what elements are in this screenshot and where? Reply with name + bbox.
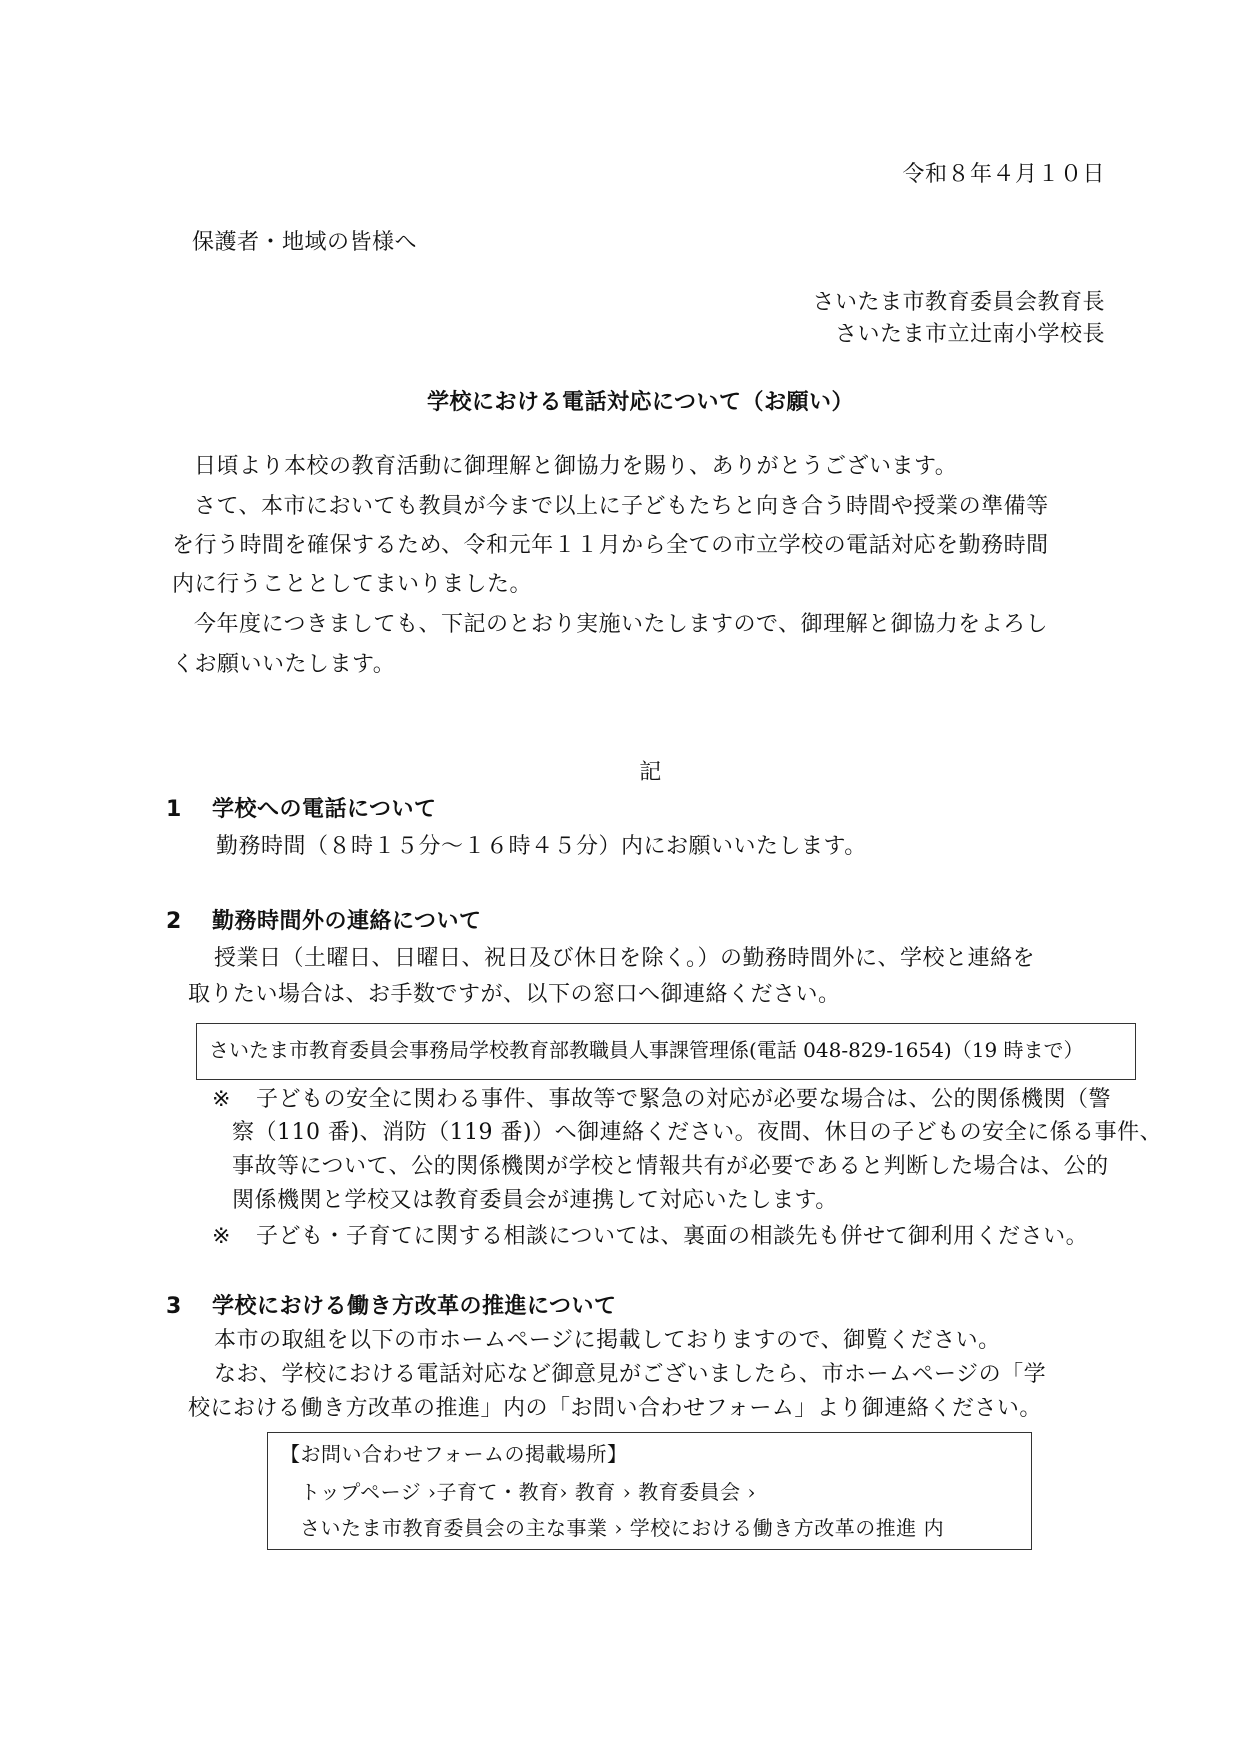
note-1-line-3: 事故等について、公的関係機関が学校と情報共有が必要であると判断した場合は、公的 <box>232 1152 1109 1182</box>
document-title: 学校における電話対応について（お願い） <box>0 388 1241 418</box>
section-3-heading: 3学校における働き方改革の推進について <box>166 1292 617 1322</box>
section-1-body: 勤務時間（８時１５分～１６時４５分）内にお願いいたします。 <box>216 832 867 862</box>
section-number: 1 <box>166 795 212 825</box>
note-1-line-2: 察（110 番)、消防（119 番)）へ御連絡ください。夜間、休日の子どもの安全… <box>232 1118 1162 1148</box>
section-title: 学校への電話について <box>212 797 437 822</box>
ki-marker: 記 <box>0 758 1241 788</box>
note-2-line-1: 子ども・子育てに関する相談については、裏面の相談先も併せて御利用ください。 <box>256 1222 1088 1252</box>
intro-line-4: 内に行うこととしてまいりました。 <box>172 570 532 600</box>
note-1-mark: ※ <box>212 1085 231 1115</box>
intro-line-3: を行う時間を確保するため、令和元年１１月から全ての市立学校の電話対応を勤務時間 <box>172 531 1049 561</box>
intro-line-1: 日頃より本校の教育活動に御理解と御協力を賜り、ありがとうございます。 <box>194 452 957 482</box>
note-2-mark: ※ <box>212 1222 231 1252</box>
sender-principal: さいたま市立辻南小学校長 <box>835 320 1105 350</box>
section-2-heading: 2勤務時間外の連絡について <box>166 907 482 937</box>
section-3-body-1: 本市の取組を以下の市ホームページに掲載しておりますので、御覧ください。 <box>214 1326 1001 1356</box>
section-1-heading: 1学校への電話について <box>166 795 437 825</box>
form-box-title: 【お問い合わせフォームの掲載場所】 <box>280 1439 628 1469</box>
section-2-body-1: 授業日（土曜日、日曜日、祝日及び休日を除く。）の勤務時間外に、学校と連絡を <box>214 944 1035 974</box>
section-3-body-3: 校における働き方改革の推進」内の「お問い合わせフォーム」より御連絡ください。 <box>188 1394 1042 1424</box>
section-number: 2 <box>166 907 212 937</box>
contact-box: さいたま市教育委員会事務局学校教育部教職員人事課管理係(電話 048-829-1… <box>196 1023 1136 1080</box>
inquiry-form-location-box: 【お問い合わせフォームの掲載場所】 トップページ ›子育て・教育› 教育 › 教… <box>267 1432 1032 1550</box>
section-title: 学校における働き方改革の推進について <box>212 1294 617 1319</box>
section-2-body-2: 取りたい場合は、お手数ですが、以下の窓口へ御連絡ください。 <box>188 980 841 1010</box>
intro-line-6: くお願いいたします。 <box>172 650 395 680</box>
document-date: 令和８年４月１０日 <box>902 160 1105 190</box>
addressee: 保護者・地域の皆様へ <box>192 228 417 258</box>
contact-info: さいたま市教育委員会事務局学校教育部教職員人事課管理係(電話 048-829-1… <box>209 1035 1084 1065</box>
note-1-line-4: 関係機関と学校又は教育委員会が連携して対応いたします。 <box>232 1186 838 1216</box>
section-3-body-2: なお、学校における電話対応など御意見がございましたら、市ホームページの「学 <box>214 1360 1046 1390</box>
intro-line-5: 今年度につきましても、下記のとおり実施いたしますので、御理解と御協力をよろし <box>194 610 1048 640</box>
intro-line-2: さて、本市においても教員が今まで以上に子どもたちと向き合う時間や授業の準備等 <box>194 492 1049 522</box>
sender-superintendent: さいたま市教育委員会教育長 <box>812 288 1105 318</box>
section-title: 勤務時間外の連絡について <box>212 909 482 934</box>
form-path-line-2[interactable]: さいたま市教育委員会の主な事業 › 学校における働き方改革の推進 内 <box>300 1513 944 1543</box>
form-path-line-1[interactable]: トップページ ›子育て・教育› 教育 › 教育委員会 › <box>300 1477 756 1507</box>
section-number: 3 <box>166 1292 212 1322</box>
document-page: 令和８年４月１０日 保護者・地域の皆様へ さいたま市教育委員会教育長 さいたま市… <box>0 0 1241 1754</box>
note-1-line-1: 子どもの安全に関わる事件、事故等で緊急の対応が必要な場合は、公的関係機関（警 <box>256 1085 1111 1115</box>
